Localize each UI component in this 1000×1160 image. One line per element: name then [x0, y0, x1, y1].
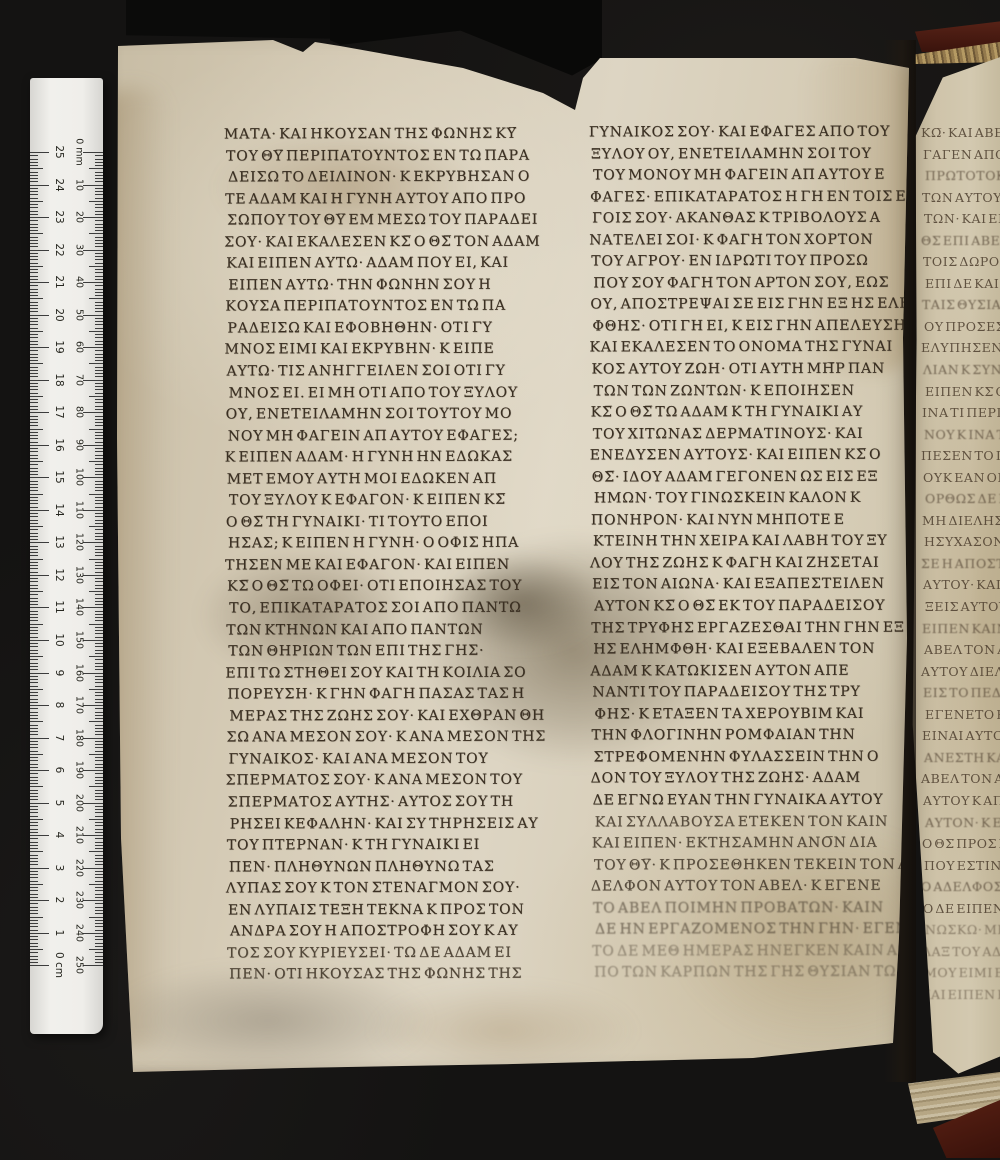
cm-tick [30, 399, 38, 400]
mm-tick [83, 315, 103, 316]
text-line: ΛΙΑΝ Κ ΣΥΝΕΠΕΣΕ [923, 359, 1000, 381]
cm-tick [30, 318, 38, 319]
text-line: ΚΩ̅· ΚΑΙ ΑΒΕΛ Η [921, 122, 1000, 144]
mm-scale-label: 10 [74, 178, 85, 190]
cm-tick [30, 315, 49, 316]
cm-tick [30, 191, 38, 192]
mm-tick [89, 689, 103, 690]
mm-tick [95, 894, 103, 895]
mm-tick [95, 956, 103, 957]
manuscript-photo-scene: ΚΩ̅· ΚΑΙ ΑΒΕΛ ΗΓΑΓΕΝ ΑΠΟ ΤΩΝΠΡΩΤΟΤΟΚΩΝΤΩ… [0, 0, 1000, 1160]
mm-tick [95, 581, 103, 582]
mm-tick [89, 624, 103, 625]
mm-tick [95, 913, 103, 914]
mm-tick [95, 594, 103, 595]
mm-tick [89, 396, 103, 397]
mm-tick [89, 786, 103, 787]
mm-scale-label: 20 [74, 211, 85, 223]
cm-tick [30, 263, 38, 264]
text-line: ΤΟ, ΕΠΙΚΑΤΑΡΑΤΟΣ ΣΟΙ ΑΠΟ ΠΑΝΤΩ [229, 598, 565, 620]
cm-tick [30, 402, 38, 403]
cm-tick [30, 822, 38, 823]
cm-tick [30, 448, 38, 449]
cm-tick [30, 907, 38, 908]
text-line: Κ ΕΙΠΕΝ ΑΔΑΜ· Η ΓΥΝΗ ΗΝ ΕΔΩΚΑΣ [225, 447, 565, 469]
cm-scale-label: 19 [53, 341, 65, 354]
mm-tick [95, 240, 103, 241]
text-line: Ο ΔΕ ΕΙΠΕΝ ΟΥ ΓΙ [923, 898, 1000, 920]
mm-tick [95, 598, 103, 599]
mm-tick [95, 246, 103, 247]
text-line: ΘΣ̅· ΙΔΟΥ ΑΔΑΜ ΓΕΓΟΝΕΝ ΩΣ ΕΙΣ ΕΞ [592, 466, 920, 488]
mm-tick [95, 324, 103, 325]
cm-scale-label: 10 [53, 633, 65, 646]
mm-tick [95, 679, 103, 680]
cm-tick [30, 201, 43, 202]
cm-tick [30, 754, 43, 755]
mm-scale-label: 110 [74, 501, 85, 519]
text-line: ΣΠΕΡΜΑΤΟΣ ΑΥΤΗΣ· ΑΥΤΟΣ ΣΟΥ ΤΗ [228, 792, 566, 814]
cm-tick [30, 793, 38, 794]
text-line: ΣΩΠΟΥ ΤΟΥ ΘΥ̅ ΕΜ ΜΕΣΩ ΤΟΥ ΠΑΡΑΔΕΙ [227, 210, 564, 232]
cm-tick [30, 744, 38, 745]
cm-tick [30, 575, 49, 576]
mm-tick [95, 448, 103, 449]
cm-tick [30, 679, 38, 680]
cm-tick [30, 172, 38, 173]
cm-tick [30, 246, 38, 247]
mm-tick [95, 360, 103, 361]
mm-tick [95, 816, 103, 817]
cm-tick [30, 588, 38, 589]
mm-tick [83, 933, 103, 934]
cm-tick [30, 367, 38, 368]
text-line: ΗΣΥΧΑΣΟΝ· ΠΡΟ [924, 531, 1000, 553]
cm-tick [30, 692, 38, 693]
mm-tick [95, 936, 103, 937]
mm-scale-label: 70 [74, 374, 85, 386]
cm-tick [30, 451, 38, 452]
cm-tick [30, 881, 38, 882]
mm-tick [95, 897, 103, 898]
mm-tick [95, 344, 103, 345]
mm-scale-label: 220 [74, 859, 85, 877]
cm-tick [30, 809, 38, 810]
cm-tick [30, 702, 38, 703]
mm-tick [95, 842, 103, 843]
cm-tick [30, 341, 38, 342]
mm-tick [95, 546, 103, 547]
mm-tick [95, 728, 103, 729]
mm-tick [95, 643, 103, 644]
cm-tick [30, 152, 49, 153]
mm-tick [95, 318, 103, 319]
cm-tick [30, 656, 43, 657]
cm-tick [30, 198, 38, 199]
cm-tick [30, 539, 38, 540]
cm-tick [30, 214, 38, 215]
mm-tick [95, 669, 103, 670]
mm-tick [95, 695, 103, 696]
text-line: ΕΛΥΠΗΣΕΝ ΤΟ [921, 337, 1000, 359]
mm-tick [95, 903, 103, 904]
cm-tick [30, 633, 38, 634]
cm-tick [30, 376, 38, 377]
mm-tick [95, 845, 103, 846]
cm-tick [30, 165, 38, 166]
cm-tick [30, 812, 38, 813]
mm-tick [95, 513, 103, 514]
mm-tick [95, 572, 103, 573]
mm-tick [95, 633, 103, 634]
cm-tick [30, 474, 38, 475]
cm-tick [30, 461, 43, 462]
text-line: ΣΩ ΑΝΑ ΜΕΣΟΝ ΣΟΥ· Κ ΑΝΑ ΜΕΣΟΝ ΤΗΣ [226, 727, 565, 749]
mm-tick [89, 494, 103, 495]
cm-tick [30, 484, 38, 485]
mm-tick [95, 725, 103, 726]
text-line: ΗΣΑΣ; Κ ΕΙΠΕΝ Η ΓΥΝΗ· Ο ΟΦΙΣ ΗΠΑ [228, 533, 565, 555]
mm-tick [95, 178, 103, 179]
cm-tick [30, 425, 38, 426]
cm-tick [30, 211, 38, 212]
mm-tick [83, 445, 103, 446]
mm-tick [95, 838, 103, 839]
cm-tick [30, 227, 38, 228]
cm-tick [30, 289, 38, 290]
text-line: ΔΟΝ ΤΟΥ ΞΥΛΟΥ ΤΗΣ ΖΩΗΣ· ΑΔΑΜ [591, 768, 921, 790]
mm-tick [95, 549, 103, 550]
cm-tick [30, 568, 38, 569]
text-line: ΠΡΩΤΟΤΟΚΩΝ [925, 165, 1000, 187]
mm-tick [95, 562, 103, 563]
text-line: ΓΥΝΑΙΚΟΣ· ΚΑΙ ΑΝΑ ΜΕΣΟΝ ΤΟΥ [229, 748, 566, 770]
mm-tick [95, 220, 103, 221]
mm-scale-label: 50 [74, 309, 85, 321]
mm-tick [95, 809, 103, 810]
mm-tick [95, 611, 103, 612]
cm-tick [30, 816, 38, 817]
text-line: ΟΥ, ΑΠΟΣΤΡΕΨΑΙ ΣΕ ΕΙΣ ΓΗΝ ΕΞ ΗΣ ΕΛΗΜ [590, 294, 919, 316]
cm-tick [30, 725, 38, 726]
cm-tick [30, 406, 38, 407]
cm-scale-label: 0 cm [53, 952, 65, 978]
mm-tick [95, 529, 103, 530]
cm-scale-label: 3 [53, 864, 65, 871]
cm-tick [30, 890, 38, 891]
mm-tick [83, 510, 103, 511]
mm-tick [83, 217, 103, 218]
mm-tick [95, 930, 103, 931]
mm-tick [95, 822, 103, 823]
cm-scale-label: 17 [53, 406, 65, 419]
mm-tick [95, 777, 103, 778]
mm-tick [95, 881, 103, 882]
cm-tick [30, 887, 38, 888]
cm-tick [30, 259, 38, 260]
cm-tick [30, 159, 38, 160]
cm-tick [30, 464, 38, 465]
cm-tick [30, 292, 38, 293]
cm-tick [30, 956, 38, 957]
cm-tick [30, 786, 43, 787]
text-line: ΤΗΣ ΤΡΥΦΗΣ ΕΡΓΑΖΕΣΘΑΙ ΤΗΝ ΓΗΝ ΕΞ [591, 617, 920, 639]
cm-tick [30, 705, 49, 706]
mm-tick [95, 747, 103, 748]
mm-tick [95, 702, 103, 703]
mm-tick [89, 559, 103, 560]
text-line: ΤΩΝ· ΚΑΙ ΕΠΕΙΔΕ [924, 208, 1000, 230]
mm-tick [95, 939, 103, 940]
mm-tick [95, 181, 103, 182]
text-line: ΛΟΥ ΤΗΣ ΖΩΗΣ Κ ΦΑΓΗ ΚΑΙ ΖΗΣΕΤΑΙ [590, 553, 920, 575]
mm-tick [83, 965, 103, 966]
cm-tick [30, 503, 38, 504]
mm-tick [95, 858, 103, 859]
cm-scale-label: 1 [53, 929, 65, 936]
text-line: ΤΟΥ ΘΥ̅· Κ ΠΡΟΣΕΘΗΚΕΝ ΤΕΚΕΙΝ ΤΟΝ Α [594, 854, 921, 876]
cm-tick [30, 591, 43, 592]
text-line: ΜΑΤΑ· ΚΑΙ ΗΚΟΥΣΑΝ ΤΗΣ ΦΩΝΗΣ ΚΥ̅ [224, 124, 564, 146]
cm-tick [30, 256, 38, 257]
text-line: ΤΟΥ ΞΥΛΟΥ Κ ΕΦΑΓΟΝ· Κ ΕΙΠΕΝ ΚΣ̅ [229, 490, 565, 512]
mm-tick [95, 741, 103, 742]
text-line: ΤΟΥ ΠΤΕΡΝΑΝ· Κ ΤΗ ΓΥΝΑΙΚΙ ΕΙ [227, 835, 566, 857]
mm-tick [95, 910, 103, 911]
cm-scale-label: 7 [53, 734, 65, 741]
cm-scale-label: 23 [53, 210, 65, 223]
text-line: ΝΟΥ ΜΗ ΦΑΓΕΙΝ ΑΠ ΑΥΤΟΥ ΕΦΑΓΕΣ; [228, 425, 565, 447]
mm-tick [95, 373, 103, 374]
cm-tick [30, 230, 38, 231]
mm-tick [95, 536, 103, 537]
text-line: ΠΕΣΕΝ ΤΟ ΠΡΟΣ [921, 445, 1000, 467]
cm-scale-label: 5 [53, 799, 65, 806]
cm-tick [30, 233, 43, 234]
mm-tick [95, 292, 103, 293]
text-line: ΕΙΠΕΝ ΚΑΙΝ ΠΡΟ [922, 618, 1000, 640]
cm-tick [30, 845, 38, 846]
cm-scale-label: 11 [53, 601, 65, 614]
text-line: ΕΙΝΑΙ ΑΥΤΟΥΣ Ε [922, 725, 1000, 747]
mm-tick [95, 194, 103, 195]
mm-tick [95, 692, 103, 693]
text-line: ΓΥΝΑΙΚΟΣ ΣΟΥ· ΚΑΙ ΕΦΑΓΕΣ ΑΠΟ ΤΟΥ [589, 122, 919, 144]
cm-tick [30, 903, 38, 904]
cm-tick [30, 777, 38, 778]
text-line: ΗΣ ΕΛΗΜΦΘΗ· ΚΑΙ ΕΞΕΒΑΛΕΝ ΤΟΝ [593, 639, 920, 661]
cm-tick [30, 455, 38, 456]
cm-tick [30, 337, 38, 338]
cm-tick [30, 412, 49, 413]
text-line: ΤΩΝ ΑΥΤΟΥ· Κ [922, 187, 1000, 209]
mm-scale-label: 140 [74, 598, 85, 616]
text-line: ΕΙΠΕΝ ΑΥΤΩ· ΤΗΝ ΦΩΝΗΝ ΣΟΥ Η [228, 274, 564, 296]
mm-tick [95, 279, 103, 280]
cm-tick [30, 178, 38, 179]
mm-tick [95, 659, 103, 660]
mm-tick [95, 259, 103, 260]
cm-tick [30, 445, 49, 446]
cm-tick [30, 959, 38, 960]
mm-tick [95, 468, 103, 469]
mm-tick [89, 526, 103, 527]
mm-tick [95, 409, 103, 410]
text-line: ΕΝΕΔΥΣΕΝ ΑΥΤΟΥΣ· ΚΑΙ ΕΙΠΕΝ ΚΣ̅ Ο [590, 445, 920, 467]
cm-tick [30, 682, 38, 683]
cm-tick [30, 175, 38, 176]
cm-tick [30, 490, 38, 491]
mm-tick [95, 402, 103, 403]
mm-tick [95, 627, 103, 628]
cm-tick [30, 842, 38, 843]
cm-tick [30, 510, 49, 511]
mm-tick [95, 175, 103, 176]
mm-scale-label: 40 [74, 276, 85, 288]
text-line: ΠΕΝ· ΟΤΙ ΗΚΟΥΣΑΣ ΤΗΣ ΦΩΝΗΣ ΤΗΣ [229, 964, 566, 986]
stain-bottom-center [368, 983, 638, 1078]
cm-tick [30, 864, 38, 865]
mm-tick [95, 962, 103, 963]
cm-tick [30, 282, 49, 283]
mm-tick [95, 682, 103, 683]
mm-tick [83, 738, 103, 739]
cm-tick [30, 181, 38, 182]
mm-tick [83, 835, 103, 836]
cm-tick [30, 549, 38, 550]
mm-tick [95, 855, 103, 856]
text-line: ΤΟ ΔΕ ΜΕΘ ΗΜΕΡΑΣ ΗΝΕΓΚΕΝ ΚΑΙΝ Α [592, 940, 921, 962]
cm-tick [30, 468, 38, 469]
cm-tick [30, 350, 38, 351]
text-line: ΟΥ, ΕΝΕΤΕΙΛΑΜΗΝ ΣΟΙ ΤΟΥΤΟΥ ΜΟ [226, 404, 565, 426]
text-line: ΕΙΠΕΝ ΚΣ̅ Ο ΘΣ̅ Τ [925, 381, 1000, 403]
mm-tick [95, 555, 103, 556]
text-line: ΜΕΡΑΣ ΤΗΣ ΖΩΗΣ ΣΟΥ· ΚΑΙ ΕΧΘΡΑΝ ΘΗ [229, 705, 565, 727]
cm-tick [30, 363, 43, 364]
mm-tick [95, 731, 103, 732]
text-line: ΑΝΔΡΑ ΣΟΥ Η ΑΠΟΣΤΡΟΦΗ ΣΟΥ Κ ΑΥ [230, 921, 566, 943]
cm-tick [30, 952, 38, 953]
mm-tick [95, 425, 103, 426]
text-line: ΚΑΙ ΕΚΑΛΕΣΕΝ ΤΟ ΟΝΟΜΑ ΤΗΣ ΓΥΝΑΙ [589, 337, 919, 359]
mm-tick [95, 295, 103, 296]
text-line: ΤΟΙΣ ΔΩΡΟΙΣ Α [923, 251, 1000, 273]
mm-tick [95, 357, 103, 358]
text-line: ΡΑΔΕΙΣΩ ΚΑΙ ΕΦΟΒΗΘΗΝ· ΟΤΙ ΓΥ [227, 317, 564, 339]
text-line: ΑΔΑΜ Κ ΚΑΤΩΚΙΣΕΝ ΑΥΤΟΝ ΑΠΕ [590, 660, 920, 682]
cm-tick [30, 435, 38, 436]
text-line: ΤΟ ΑΒΕΛ ΠΟΙΜΗΝ ΠΡΟΒΑΤΩΝ· ΚΑΙΝ [593, 897, 921, 919]
cm-tick [30, 578, 38, 579]
cm-scale-label: 20 [53, 308, 65, 321]
cm-tick [30, 487, 38, 488]
mm-scale-label: 230 [74, 891, 85, 909]
cm-tick [30, 507, 38, 508]
cm-tick [30, 894, 38, 895]
cm-tick [30, 949, 43, 950]
stain-left-edge [99, 88, 169, 1048]
cm-tick [30, 562, 38, 563]
mm-tick [95, 455, 103, 456]
mm-tick [95, 207, 103, 208]
cm-tick [30, 536, 38, 537]
text-line: ΙΝΑ ΤΙ ΠΕΡΙΛΥΠΟ [922, 402, 1000, 424]
cm-tick [30, 526, 43, 527]
text-line: ΚΣ̅ Ο ΘΣ̅ ΤΩ ΟΦΕΙ· ΟΤΙ ΕΠΟΙΗΣΑΣ ΤΟΥ [227, 576, 565, 598]
text-line: ΠΟ ΤΩΝ ΚΑΡΠΩΝ ΤΗΣ ΓΗΣ ΘΥΣΙΑΝ ΤΩ ΚΩ̅ [594, 962, 921, 984]
mm-tick [95, 389, 103, 390]
cm-scale-label: 8 [53, 702, 65, 709]
mm-tick [95, 568, 103, 569]
mm-tick [95, 370, 103, 371]
cm-tick [30, 276, 38, 277]
cm-tick [30, 370, 38, 371]
cm-scale-label: 6 [53, 767, 65, 774]
mm-tick [95, 191, 103, 192]
cm-tick [30, 767, 38, 768]
cm-tick [30, 471, 38, 472]
text-line: ΦΗΣ· Κ ΕΤΑΞΕΝ ΤΑ ΧΕΡΟΥΒΙΜ ΚΑΙ [594, 703, 920, 725]
cm-tick [30, 357, 38, 358]
cm-tick [30, 848, 38, 849]
cm-tick [30, 555, 38, 556]
cm-tick [30, 806, 38, 807]
cm-tick [30, 513, 38, 514]
cm-tick [30, 627, 38, 628]
cm-tick [30, 188, 38, 189]
mm-tick [89, 363, 103, 364]
parchment-folio: ΜΑΤΑ· ΚΑΙ ΗΚΟΥΣΑΝ ΤΗΣ ΦΩΝΗΣ ΚΥ̅ΤΟΥ ΘΥ̅ Π… [113, 38, 913, 1078]
text-line: ΜΝΟΣ ΕΙΜΙ ΚΑΙ ΕΚΡΥΒΗΝ· Κ ΕΙΠΕ [224, 339, 564, 361]
mm-tick [83, 477, 103, 478]
cm-tick [30, 529, 38, 530]
text-line: ΤΗΝ ΦΛΟΓΙΝΗΝ ΡΟΜΦΑΙΑΝ ΤΗΝ [591, 725, 920, 747]
cm-tick [30, 552, 38, 553]
text-line: ΠΟΥ ΣΟΥ ΦΑΓΗ ΤΟΝ ΑΡΤΟΝ ΣΟΥ, ΕΩΣ [593, 272, 919, 294]
text-line: ΕΙΣ ΤΟ ΠΕΔΙΟΝ [923, 682, 1000, 704]
mm-tick [83, 770, 103, 771]
cm-scale-label: 24 [53, 178, 65, 191]
cm-tick [30, 913, 38, 914]
mm-tick [95, 718, 103, 719]
mm-tick [89, 168, 103, 169]
mm-tick [95, 406, 103, 407]
mm-scale-label: 160 [74, 663, 85, 681]
cm-tick [30, 324, 38, 325]
mm-tick [95, 708, 103, 709]
cm-tick [30, 799, 38, 800]
cm-tick [30, 253, 38, 254]
cm-tick [30, 838, 38, 839]
mm-scale-label: 240 [74, 924, 85, 942]
cm-tick [30, 604, 38, 605]
cm-tick [30, 825, 38, 826]
mm-tick [95, 416, 103, 417]
mm-tick [95, 285, 103, 286]
cm-tick [30, 871, 38, 872]
facing-page-text-fragments: ΚΩ̅· ΚΑΙ ΑΒΕΛ ΗΓΑΓΕΝ ΑΠΟ ΤΩΝΠΡΩΤΟΤΟΚΩΝΤΩ… [921, 122, 1000, 1005]
cm-tick [30, 516, 38, 517]
cm-tick [30, 933, 49, 934]
mm-scale-label: 170 [74, 696, 85, 714]
mm-scale-label: 0 mm [74, 138, 85, 166]
mm-scale-label: 90 [74, 439, 85, 451]
mm-tick [95, 796, 103, 797]
cm-tick [30, 939, 38, 940]
text-line: ΚΟΣ ΑΥΤΟΥ ΖΩΗ· ΟΤΙ ΑΥΤΗ ΜΗ̅Ρ ΠΑΝ [591, 359, 919, 381]
cm-tick [30, 666, 38, 667]
